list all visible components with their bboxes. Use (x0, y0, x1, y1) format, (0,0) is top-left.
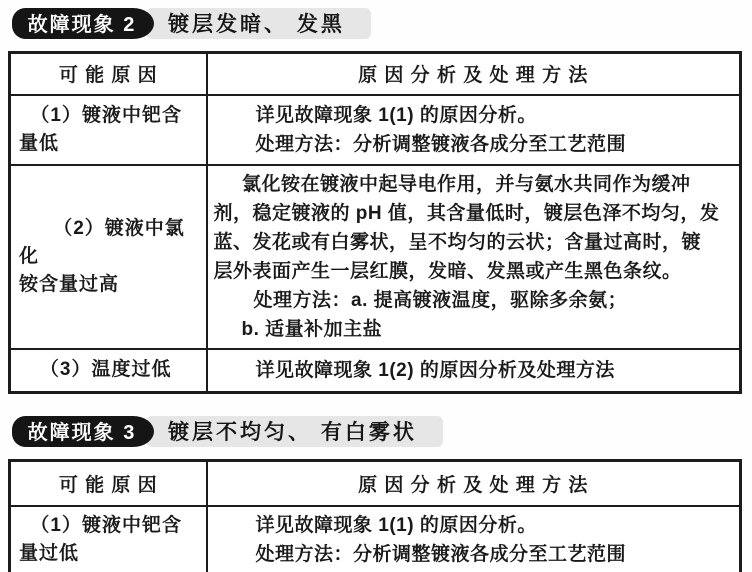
analysis-cell: 详见故障现象 1(1) 的原因分析。 处理方法：分析调整镀液各成分至工艺范围 (207, 95, 741, 165)
fault-badge-label: 故障现象 2 (28, 8, 137, 37)
column-header-analysis: 原 因 分 析 及 处 理 方 法 (207, 53, 741, 95)
troubleshooting-table: 可 能 原 因 原 因 分 析 及 处 理 方 法 （1）镀液中钯含 量低 详见… (8, 51, 742, 394)
method-text: 分析调整镀液各成分至工艺范围 (353, 134, 626, 155)
table-row: （2）镀液中氯化 铵含量过高 氯化铵在镀液中起导电作用，并与氨水共同作为缓冲 剂… (10, 165, 741, 349)
table-header-row: 可 能 原 因 原 因 分 析 及 处 理 方 法 (10, 53, 741, 95)
method-text: 分析调整镀液各成分至工艺范围 (353, 544, 626, 565)
cause-cell: （2）镀液中氯化 铵含量过高 (10, 165, 207, 349)
section-header: 故障现象 2 镀层发暗、 发黑 (12, 0, 752, 39)
method-line-b: b. 适量补加主盐 (242, 315, 732, 344)
analysis-cell: 氯化铵在镀液中起导电作用，并与氨水共同作为缓冲 剂，稳定镀液的 pH 值，其含量… (207, 165, 741, 349)
fault-badge: 故障现象 3 (12, 416, 154, 447)
fault-badge: 故障现象 2 (12, 8, 154, 39)
method-label: 处理方法： (256, 544, 354, 565)
fault-subtitle: 镀层发暗、 发黑 (146, 8, 371, 39)
table-row: （1）镀液中钯含 量低 详见故障现象 1(1) 的原因分析。 处理方法：分析调整… (10, 95, 741, 165)
analysis-intro: 详见故障现象 1(1) 的原因分析。 (256, 101, 732, 130)
analysis-intro: 详见故障现象 1(2) 的原因分析及处理方法 (256, 356, 732, 385)
table-row: （3）温度过低 详见故障现象 1(2) 的原因分析及处理方法 (10, 349, 741, 393)
troubleshooting-table: 可 能 原 因 原 因 分 析 及 处 理 方 法 （1）镀液中钯含 量过低 详… (8, 459, 742, 572)
table-row: （1）镀液中钯含 量过低 详见故障现象 1(1) 的原因分析。 处理方法：分析调… (10, 506, 741, 572)
fault-subtitle: 镀层不均匀、 有白雾状 (146, 416, 443, 447)
analysis-paragraph: 氯化铵在镀液中起导电作用，并与氨水共同作为缓冲 剂，稳定镀液的 pH 值，其含量… (214, 170, 732, 286)
scanned-document-page: 故障现象 2 镀层发暗、 发黑 可 能 原 因 原 因 分 析 及 处 理 方 … (0, 0, 752, 572)
cause-cell: （3）温度过低 (10, 349, 207, 393)
analysis-intro: 详见故障现象 1(1) 的原因分析。 (256, 511, 732, 540)
method-line: 处理方法：分析调整镀液各成分至工艺范围 (256, 130, 732, 159)
cause-cell: （1）镀液中钯含 量过低 (10, 506, 207, 572)
fault-badge-label: 故障现象 3 (28, 416, 137, 445)
method-line: 处理方法：分析调整镀液各成分至工艺范围 (256, 540, 732, 569)
fault-section-3: 故障现象 3 镀层不均匀、 有白雾状 可 能 原 因 原 因 分 析 及 处 理… (0, 416, 752, 572)
fault-section-2: 故障现象 2 镀层发暗、 发黑 可 能 原 因 原 因 分 析 及 处 理 方 … (0, 0, 752, 394)
table-header-row: 可 能 原 因 原 因 分 析 及 处 理 方 法 (10, 461, 741, 506)
column-header-cause: 可 能 原 因 (10, 53, 207, 95)
method-text: a. 提高镀液温度，驱除多余氨； (351, 290, 627, 311)
column-header-analysis: 原 因 分 析 及 处 理 方 法 (207, 461, 741, 506)
analysis-cell: 详见故障现象 1(2) 的原因分析及处理方法 (207, 349, 741, 393)
cause-cell: （1）镀液中钯含 量低 (10, 95, 207, 165)
method-label: 处理方法： (256, 134, 354, 155)
column-header-cause: 可 能 原 因 (10, 461, 207, 506)
method-label: 处理方法： (254, 290, 352, 311)
section-header: 故障现象 3 镀层不均匀、 有白雾状 (12, 416, 752, 447)
method-line-a: 处理方法：a. 提高镀液温度，驱除多余氨； (254, 286, 732, 315)
analysis-cell: 详见故障现象 1(1) 的原因分析。 处理方法：分析调整镀液各成分至工艺范围 (207, 506, 741, 572)
